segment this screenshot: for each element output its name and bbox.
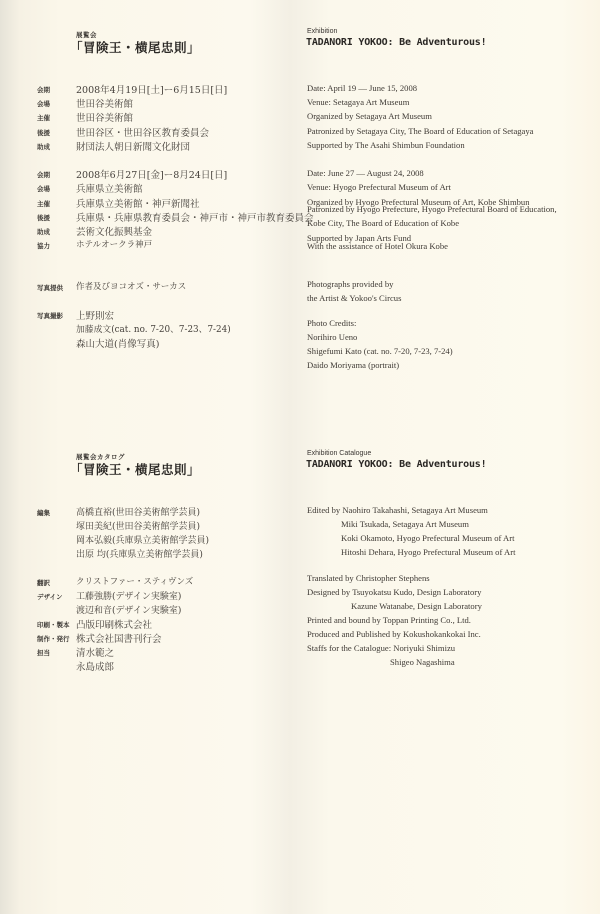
label-venue: 会場 bbox=[37, 184, 50, 193]
designer-1: 工藤強勝(デザイン実験室) bbox=[76, 589, 181, 602]
value-support: 財団法人朝日新聞文化財団 bbox=[76, 139, 190, 153]
label-cooperation: 協力 bbox=[37, 241, 50, 250]
value-patron: 世田谷区・世田谷区教育委員会 bbox=[76, 125, 209, 139]
value-support: 芸術文化振興基金 bbox=[76, 224, 152, 238]
en-line: Date: June 27 — August 24, 2008 bbox=[307, 168, 424, 178]
designer-2: 渡辺和音(デザイン実験室) bbox=[76, 603, 181, 616]
en-photo-provided-1: Photographs provided by bbox=[307, 279, 393, 289]
value-translation: クリストファー・スティヴンズ bbox=[76, 575, 193, 587]
value-publishing: 株式会社国書刊行会 bbox=[76, 631, 162, 645]
label-translation: 翻訳 bbox=[37, 578, 50, 587]
value-dates: 2008年6月27日[金]ー8月24日[日] bbox=[76, 167, 227, 181]
label-support: 助成 bbox=[37, 227, 50, 236]
en-translated-by: Translated by Christopher Stephens bbox=[307, 573, 430, 583]
en-photo-credits-heading: Photo Credits: bbox=[307, 318, 356, 328]
editor-2: 塚田美紀(世田谷美術館学芸員) bbox=[76, 519, 200, 532]
en-line: Venue: Setagaya Art Museum bbox=[307, 97, 409, 107]
label-venue: 会場 bbox=[37, 99, 50, 108]
label-support: 助成 bbox=[37, 142, 50, 151]
label-patron: 後援 bbox=[37, 128, 50, 137]
staff-2: 永島成郎 bbox=[76, 659, 114, 673]
editor-4: 出原 均(兵庫県立美術館学芸員) bbox=[76, 547, 203, 560]
value-venue: 世田谷美術館 bbox=[76, 96, 133, 110]
en-editor-4: Hitoshi Dehara, Hyogo Prefectural Museum… bbox=[341, 547, 515, 557]
en-photo-provided-2: the Artist & Yokoo's Circus bbox=[307, 293, 401, 303]
catalogue-title-en: TADANORI YOKOO: Be Adventurous! bbox=[306, 459, 486, 470]
label-editors: 編集 bbox=[37, 508, 50, 517]
en-line: Venue: Hyogo Prefectural Museum of Art bbox=[307, 182, 451, 192]
exhibition-subtitle-en: Exhibition bbox=[307, 28, 337, 35]
en-line: Patronized by Setagaya City, The Board o… bbox=[307, 126, 533, 136]
photo-credit-2: 加藤成文(cat. no. 7-20、7-23、7-24) bbox=[76, 322, 231, 335]
label-dates: 会期 bbox=[37, 170, 50, 179]
photo-credit-1: 上野則宏 bbox=[76, 308, 114, 322]
en-photo-credit-3: Daido Moriyama (portrait) bbox=[307, 360, 399, 370]
en-line: With the assistance of Hotel Okura Kobe bbox=[307, 241, 448, 251]
label-printing: 印刷・製本 bbox=[37, 620, 70, 629]
exhibition-title-ja: 「冒険王・横尾忠則」 bbox=[70, 38, 200, 56]
en-staffs-cont: Shigeo Nagashima bbox=[390, 657, 455, 667]
label-organizer: 主催 bbox=[37, 199, 50, 208]
en-line: Supported by The Asahi Shimbun Foundatio… bbox=[307, 140, 465, 150]
exhibition-title-en: TADANORI YOKOO: Be Adventurous! bbox=[306, 37, 486, 48]
label-staff: 担当 bbox=[37, 648, 50, 657]
en-line: Kobe City, The Board of Education of Kob… bbox=[307, 218, 459, 228]
en-line: Date: April 19 — June 15, 2008 bbox=[307, 83, 417, 93]
catalogue-title-ja: 「冒険王・横尾忠則」 bbox=[70, 460, 200, 478]
catalogue-subtitle-en: Exhibition Catalogue bbox=[307, 450, 371, 457]
value-patron: 兵庫県・兵庫県教育委員会・神戸市・神戸市教育委員会 bbox=[76, 210, 314, 224]
en-line: Organized by Setagaya Art Museum bbox=[307, 111, 432, 121]
en-published-by: Produced and Published by Kokushokankoka… bbox=[307, 629, 481, 639]
value-organizer: 兵庫県立美術館・神戸新聞社 bbox=[76, 196, 200, 210]
label-organizer: 主催 bbox=[37, 113, 50, 122]
label-photo-provided: 写真提供 bbox=[37, 283, 63, 292]
en-edited-by: Edited by Naohiro Takahashi, Setagaya Ar… bbox=[307, 505, 488, 515]
value-organizer: 世田谷美術館 bbox=[76, 110, 133, 124]
en-printed-by: Printed and bound by Toppan Printing Co.… bbox=[307, 615, 471, 625]
value-photo-provided: 作者及びヨコオズ・サーカス bbox=[76, 280, 186, 292]
label-dates: 会期 bbox=[37, 85, 50, 94]
en-editor-2: Miki Tsukada, Setagaya Art Museum bbox=[341, 519, 469, 529]
en-staffs: Staffs for the Catalogue: Noriyuki Shimi… bbox=[307, 643, 455, 653]
value-printing: 凸版印刷株式会社 bbox=[76, 617, 152, 631]
value-venue: 兵庫県立美術館 bbox=[76, 181, 143, 195]
en-line: Patronized by Hyogo Prefecture, Hyogo Pr… bbox=[307, 204, 557, 214]
en-designed-cont: Kazune Watanabe, Design Laboratory bbox=[351, 601, 482, 611]
editor-3: 岡本弘毅(兵庫県立美術館学芸員) bbox=[76, 533, 209, 546]
value-dates: 2008年4月19日[土]ー6月15日[日] bbox=[76, 82, 227, 96]
label-photo-credits: 写真撮影 bbox=[37, 311, 63, 320]
label-publishing: 制作・発行 bbox=[37, 634, 70, 643]
editor-1: 高橋直裕(世田谷美術館学芸員) bbox=[76, 505, 200, 518]
photo-credit-3: 森山大道(肖像写真) bbox=[76, 336, 159, 350]
en-photo-credit-2: Shigefumi Kato (cat. no. 7-20, 7-23, 7-2… bbox=[307, 346, 453, 356]
en-photo-credit-1: Norihiro Ueno bbox=[307, 332, 357, 342]
value-cooperation: ホテルオークラ神戸 bbox=[76, 238, 152, 250]
label-design: デザイン bbox=[37, 592, 63, 601]
label-patron: 後援 bbox=[37, 213, 50, 222]
en-designed-by: Designed by Tsuyokatsu Kudo, Design Labo… bbox=[307, 587, 481, 597]
en-editor-3: Koki Okamoto, Hyogo Prefectural Museum o… bbox=[341, 533, 515, 543]
staff-1: 清水範之 bbox=[76, 645, 114, 659]
